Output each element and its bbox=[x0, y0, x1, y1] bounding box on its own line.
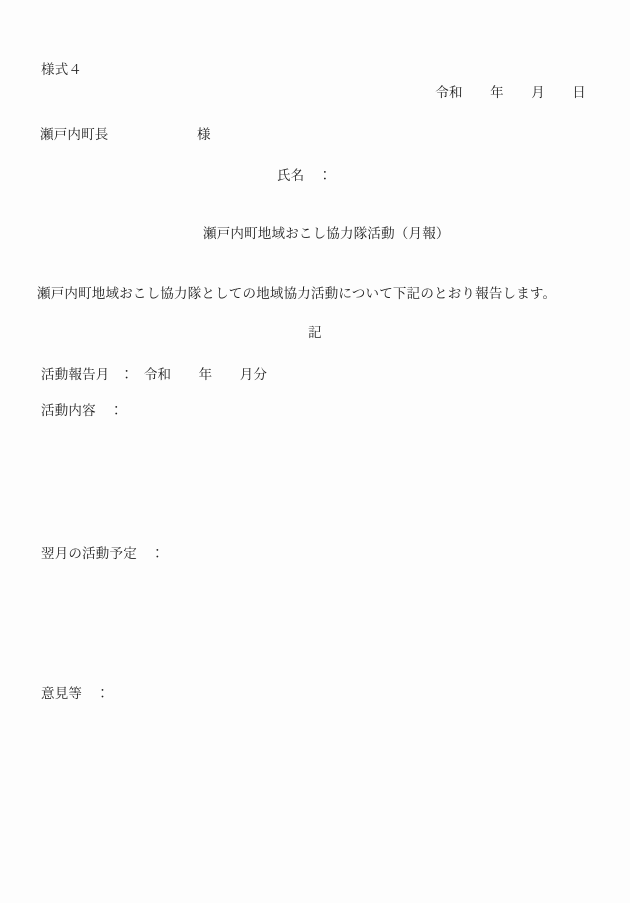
monthly-report-form-page: 様式４ 令和 年 月 日 瀬戸内町長 様 氏名 ： 瀬戸内町地域おこし協力隊活動… bbox=[0, 0, 630, 903]
record-marker: 記 bbox=[0, 326, 630, 340]
addressee-honorific: 様 bbox=[197, 128, 211, 142]
date-line: 令和 年 月 日 bbox=[435, 86, 586, 100]
name-field-label: 氏名 ： bbox=[277, 169, 332, 183]
addressee-name: 瀬戸内町長 bbox=[40, 128, 109, 142]
intro-sentence: 瀬戸内町地域おこし協力隊としての地域協力活動について下記のとおり報告します。 bbox=[37, 287, 556, 301]
form-number-label: 様式４ bbox=[41, 64, 82, 78]
report-month-field-label: 活動報告月 ： 令和 年 月分 bbox=[41, 368, 267, 382]
opinions-field-label: 意見等 ： bbox=[41, 687, 110, 701]
document-title: 瀬戸内町地域おこし協力隊活動（月報） bbox=[203, 227, 450, 241]
next-month-field-label: 翌月の活動予定 ： bbox=[41, 547, 164, 561]
activity-field-label: 活動内容 ： bbox=[41, 404, 123, 418]
